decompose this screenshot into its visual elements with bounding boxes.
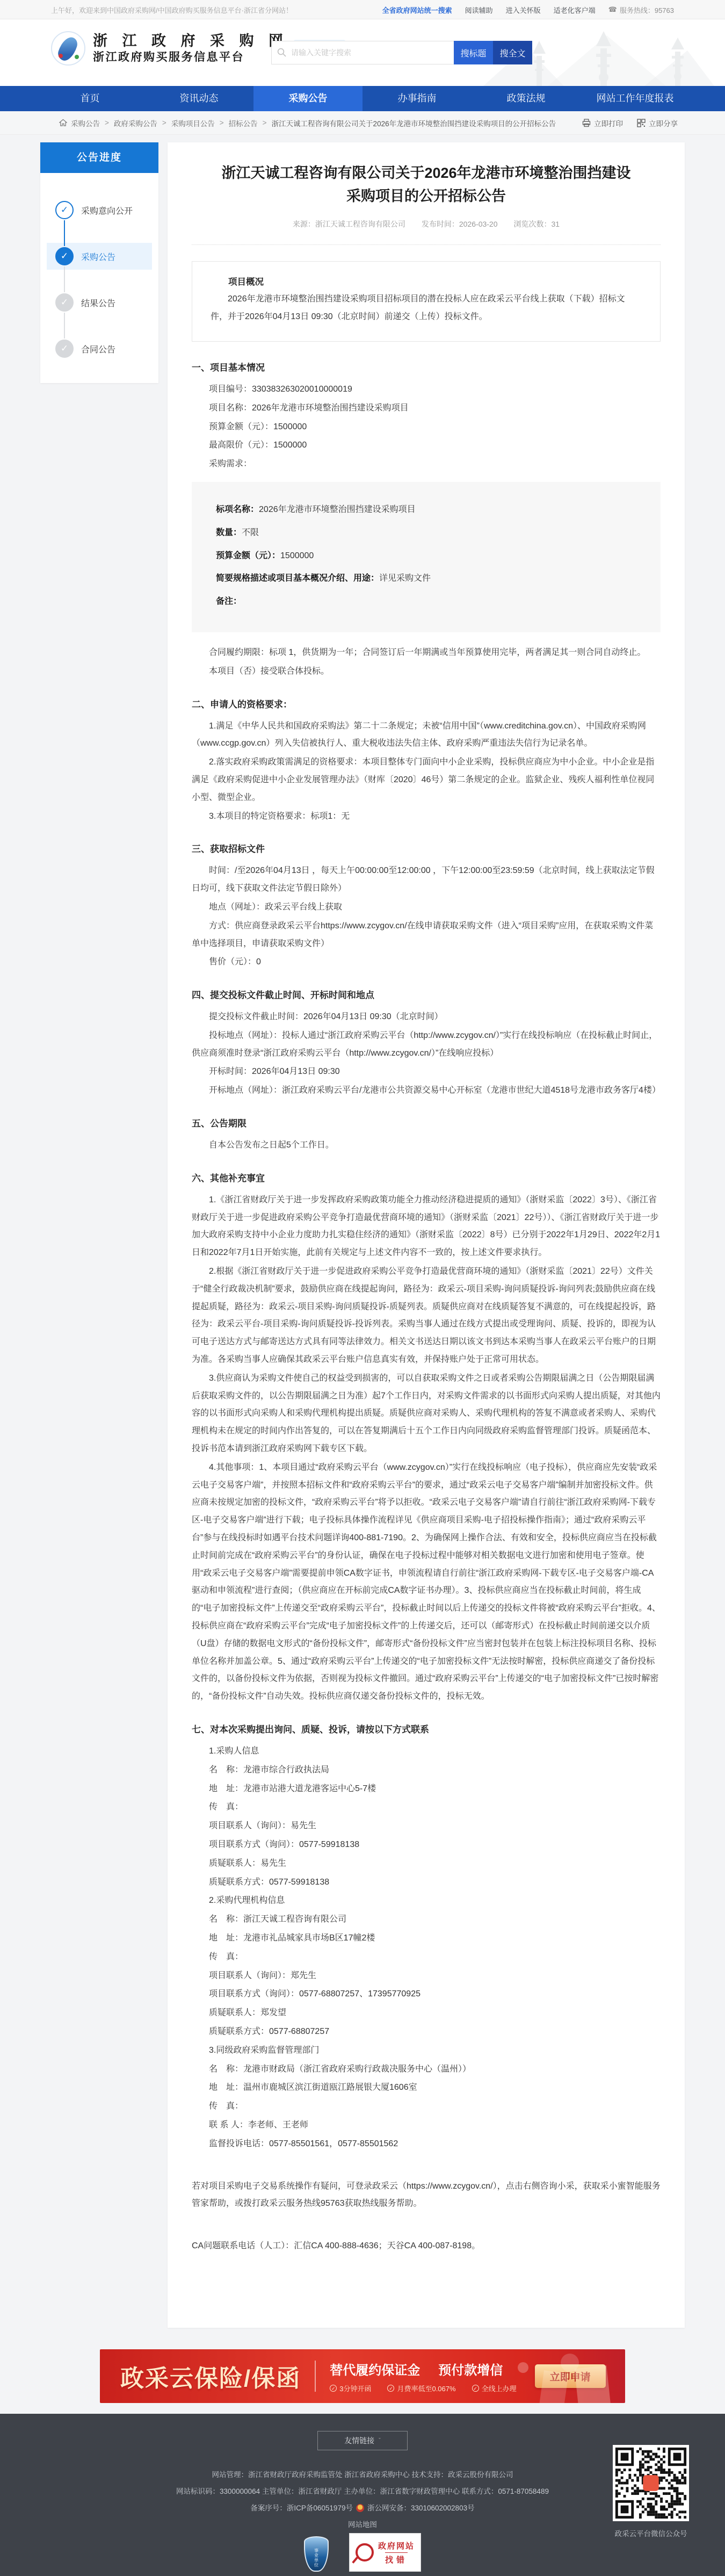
breadcrumb-bar: 采购公告>政府采购公告>采购项目公告>招标公告>浙江天诚工程咨询有限公司关于20… [0,111,725,135]
article-paragraph: 3.供应商认为采购文件使自己的权益受到损害的，可以自获取采购文件之日或者采购公告… [192,1370,661,1458]
article-paragraph: 自本公告发布之日起5个工作日。 [192,1137,661,1154]
content-layout: 公告进度 ✓采购意向公开✓采购公告✓结果公告✓合同公告 浙江天诚工程咨询有限公司… [40,142,685,2328]
section-heading: 四、提交投标文件截止时间、开标时间和地点 [192,987,661,1001]
sitemap-link[interactable]: 网站地图 [348,2521,377,2529]
qr-caption: 政采云平台微信公众号 [613,2528,689,2538]
banner-feature-2: ✓全线上办理 [472,2383,517,2393]
banner-subtitle-2: 预付款增信 [438,2359,503,2378]
article-paragraph: 项目联系人（询问）：易先生 [192,1817,661,1835]
section-heading: 五、公告期限 [192,1116,661,1129]
home-icon [59,119,67,127]
site-logo-text: 浙 江 政 府 采 购 网 浙江政府购买服务信息平台 [93,32,288,64]
spacer [192,2154,661,2177]
breadcrumb-item-4: 浙江天诚工程咨询有限公司关于2026年龙港市环境整治围挡建设采购项目的公开招标公… [272,118,556,128]
check-dot-icon: ✓ [387,2385,394,2392]
nav-item-3[interactable]: 办事指南 [363,86,472,111]
qr-code-icon [613,2445,689,2521]
spacer [192,2214,661,2236]
article-paragraph: 地 址：龙港市礼品城家具市场B区17幢2楼 [192,1930,661,1947]
site-subtitle: 浙江政府购买服务信息平台 [93,50,288,64]
section-heading: 三、获取招标文件 [192,841,661,855]
lot-info-box: 标项名称：2026年龙港市环境整治围挡建设采购项目数量：不限预算金额（元）：15… [192,482,661,632]
article-paragraph: 开标时间：2026年04月13日 09:30 [192,1063,661,1081]
article-paragraph: 3.本项目的特定资格要求：标项1：无 [192,808,661,826]
announcement-progress-panel: 公告进度 ✓采购意向公开✓采购公告✓结果公告✓合同公告 [40,142,158,383]
article-paragraph: 最高限价（元）：1500000 [192,437,661,454]
check-icon: ✓ [55,293,74,312]
article-title: 浙江天诚工程咨询有限公司关于2026年龙港市环境整治围挡建设采购项目的公开招标公… [221,162,631,208]
article-paragraph: 传 真： [192,1949,661,1966]
article-paragraph: 3.同级政府采购监督管理部门 [192,2042,661,2060]
article-paragraph: 方式：供应商登录政采云平台https://www.zcygov.cn/在线申请获… [192,918,661,953]
article-paragraph: 项目编号：330383263020010000019 [192,381,661,399]
project-overview-heading: 项目概况 [211,275,642,287]
article-paragraph: 地点（网址）：政采云平台线上获取 [192,899,661,917]
nav-item-4[interactable]: 政策法规 [472,86,581,111]
breadcrumb-separator: > [263,119,267,127]
topbar-link-0[interactable]: 全省政府网站统一搜索 [382,5,452,15]
article-paragraph: 项目联系方式（询问）：0577-59918138 [192,1836,661,1854]
magnifier-icon [356,2543,374,2561]
article-paragraph: 时间：/至2026年04月13日 ，每天上午00:00:00至12:00:00 … [192,862,661,898]
section-heading: 二、申请人的资格要求： [192,697,661,710]
site-header: 浙 江 政 府 采 购 网 浙江政府购买服务信息平台 浙江省财政厅 搜标题 搜全… [0,19,725,86]
check-icon: ✓ [55,201,74,219]
nav-item-1[interactable]: 资讯动态 [144,86,253,111]
article-paragraph: 传 真： [192,2098,661,2116]
article-view-count: 浏览次数：31 [514,219,560,229]
apply-now-button[interactable]: 立即申请 [535,2364,606,2388]
topbar: 上午好，欢迎来到中国政府采购网/中国政府购买服务信息平台·浙江省分网站！ 全省政… [0,0,725,19]
article-paragraph: 1.满足《中华人民共和国政府采购法》第二十二条规定；未被“信用中国”（www.c… [192,718,661,753]
breadcrumb-actions: 立即打印 立即分享 [582,118,678,128]
site-name: 浙 江 政 府 采 购 网 [93,32,288,50]
main-nav: 首页资讯动态采购公告办事指南政策法规网站工作年度报表 [0,86,725,111]
article-paragraph: 采购需求： [192,456,661,473]
breadcrumb-item-0[interactable]: 采购公告 [71,118,100,128]
breadcrumb-item-1[interactable]: 政府采购公告 [114,118,157,128]
hotline: ☎ 服务热线：95763 [608,5,674,15]
article-paragraph: 2.落实政府采购政策需满足的资格要求：本项目整体专门面向中小企业采购，投标供应商… [192,754,661,806]
gov-site-error-report-badge[interactable]: 政府网站 找错 [349,2533,421,2572]
divider [192,244,661,245]
check-dot-icon: ✓ [330,2385,337,2392]
progress-step-1[interactable]: ✓采购公告 [40,233,158,279]
article-paragraph: 质疑联系方式：0577-68807257 [192,2023,661,2041]
breadcrumb-item-2[interactable]: 采购项目公告 [171,118,215,128]
progress-panel-title: 公告进度 [40,142,158,173]
police-badge-icon [356,2504,364,2512]
article-paragraph: 若对项目采购电子交易系统操作有疑问，可登录政采云（https://www.zcy… [192,2178,661,2213]
banner-title: 政采云保险/保函 [120,2359,301,2393]
printer-icon [582,119,591,127]
nav-item-5[interactable]: 网站工作年度报表 [581,86,690,111]
article-paragraph: 名 称：龙港市财政局（浙江省政府采购行政裁决服务中心（温州）） [192,2061,661,2079]
article-paragraph: 合同履约期限：标项 1，供货期为一年；合同签订后一年期满或当年预算使用完毕，两者… [192,644,661,662]
lot-info-line: 预算金额（元）：1500000 [216,547,636,565]
nav-item-2[interactable]: 采购公告 [253,86,363,111]
breadcrumb-separator: > [105,119,109,127]
topbar-link-1[interactable]: 阅读辅助 [465,5,493,15]
greeting-text: 上午好，欢迎来到中国政府采购网/中国政府购买服务信息平台·浙江省分网站！ [51,5,293,15]
article-publish-time: 发布时间：2026-03-20 [422,219,498,229]
footer-badges: 事业单位 政府网站 找错 [304,2533,421,2572]
banner-divider [315,2361,316,2392]
banner-subtitle-1: 替代履约保证金 [330,2359,420,2378]
banner-feature-label: 3分钟开函 [339,2383,371,2393]
progress-step-2[interactable]: ✓结果公告 [40,279,158,326]
banner-feature-1: ✓月费率低至0.067% [387,2383,455,2393]
project-overview-box: 项目概况 2026年龙港市环境整治围挡建设采购项目招标项目的潜在投标人应在政采云… [192,261,661,342]
article-paragraph: 地 址：温州市鹿城区滨江街道瓯江路展银大厦1606室 [192,2079,661,2097]
search-icon [277,48,286,57]
phone-icon: ☎ [608,5,617,14]
share-button[interactable]: 立即分享 [637,118,678,128]
article-paragraph: 售价（元）：0 [192,954,661,971]
article-paragraph: 名 称：浙江天诚工程咨询有限公司 [192,1911,661,1929]
banner-feature-label: 月费率低至0.067% [397,2383,455,2393]
article-paragraph: CA问题联系电话（人工）：汇信CA 400-888-4636；天谷CA 400-… [192,2238,661,2255]
topbar-link-2[interactable]: 进入关怀版 [506,5,541,15]
article-paragraph: 2.根据《浙江省财政厅关于进一步促进政府采购公平竞争打造最优营商环境的通知》（浙… [192,1263,661,1369]
article-paragraph: 质疑联系方式：0577-59918138 [192,1874,661,1892]
breadcrumb-item-3[interactable]: 招标公告 [229,118,258,128]
search-input[interactable] [271,41,454,64]
banner-middle: 替代履约保证金 预付款增信 ✓3分钟开函✓月费率低至0.067%✓全线上办理 [330,2359,516,2393]
nav-item-0[interactable]: 首页 [35,86,144,111]
banner-feature-0: ✓3分钟开函 [330,2383,371,2393]
friend-links-select[interactable]: 友情链接 ˇ [317,2431,408,2450]
article-paragraph: 1.采购人信息 [192,1743,661,1760]
article-paragraph: 预算金额（元）：1500000 [192,418,661,436]
lot-info-line: 标项名称：2026年龙港市环境整治围挡建设采购项目 [216,501,636,519]
step-label: 结果公告 [81,297,115,309]
topbar-links: 全省政府网站统一搜索阅读辅助进入关怀版适老化客户端 ☎ 服务热线：95763 [382,5,674,15]
article-paragraph: 投标地点（网址）：投标人通过“浙江政府采购云平台（http://www.zcyg… [192,1027,661,1063]
breadcrumb-separator: > [220,119,224,127]
chevron-down-icon: ˇ [379,2437,381,2444]
check-icon: ✓ [55,247,74,265]
progress-step-0[interactable]: ✓采购意向公开 [40,187,158,233]
section-heading: 六、其他补充事宜 [192,1171,661,1184]
qr-share-icon [637,119,646,127]
article-paragraph: 项目名称：2026年龙港市环境整治围挡建设采购项目 [192,400,661,417]
check-icon: ✓ [55,340,74,358]
search-title-button[interactable]: 搜标题 [454,41,493,64]
breadcrumb-separator: > [162,119,166,127]
article-paragraph: 提交投标文件截止时间：2026年04月13日 09:30（北京时间） [192,1008,661,1026]
step-label: 采购意向公开 [81,204,133,217]
section-heading: 七、对本次采购提出询问、质疑、投诉，请按以下方式联系 [192,1722,661,1735]
banner-feature-label: 全线上办理 [482,2383,517,2393]
step-label: 合同公告 [81,343,115,355]
article-meta: 来源：浙江天诚工程咨询有限公司 发布时间：2026-03-20 浏览次数：31 [192,219,661,229]
article-paragraph: 项目联系方式（询问）：0577-68807257、17395770925 [192,1986,661,2003]
site-emblem-icon [51,31,85,66]
print-button[interactable]: 立即打印 [582,118,623,128]
article-paragraph: 地 址：龙港市站港大道龙港客运中心5-7楼 [192,1780,661,1798]
article-paragraph: 传 真： [192,1799,661,1816]
public-institution-badge[interactable]: 事业单位 [304,2536,329,2572]
article-paragraph: 开标地点（网址）：浙江政府采购云平台/龙港市公共资源交易中心开标室（龙港市世纪大… [192,1082,661,1100]
search-fulltext-button[interactable]: 搜全文 [493,41,532,64]
article-paragraph: 4.其他事项：1、本项目通过“政府采购云平台（www.zcygov.cn）”实行… [192,1459,661,1706]
article-paragraph: 项目联系人（询问）：郑先生 [192,1967,661,1985]
article-paragraph: 名 称：龙港市综合行政执法局 [192,1762,661,1779]
project-overview-text: 2026年龙港市环境整治围挡建设采购项目招标项目的潜在投标人应在政采云平台线上获… [211,291,642,326]
announcement-article: 浙江天诚工程咨询有限公司关于2026年龙港市环境整治围挡建设采购项目的公开招标公… [168,142,685,2328]
article-paragraph: 本项目（否）接受联合体投标。 [192,663,661,681]
article-paragraph: 监督投诉电话：0577-85501561，0577-85501562 [192,2135,661,2153]
lot-info-line: 数量：不限 [216,524,636,542]
topbar-link-3[interactable]: 适老化客户端 [554,5,596,15]
article-source: 来源：浙江天诚工程咨询有限公司 [293,219,405,229]
step-label: 采购公告 [81,250,115,263]
search-bar: 搜标题 搜全文 [271,41,532,64]
lot-info-line: 备注： [216,593,636,611]
article-paragraph: 联 系 人：李老师、王老师 [192,2117,661,2134]
progress-step-3[interactable]: ✓合同公告 [40,326,158,372]
wechat-qr: 政采云平台微信公众号 [613,2445,689,2538]
breadcrumb: 采购公告>政府采购公告>采购项目公告>招标公告>浙江天诚工程咨询有限公司关于20… [59,118,571,128]
article-paragraph: 质疑联系人：郑发望 [192,2004,661,2022]
page: 上午好，欢迎来到中国政府采购网/中国政府购买服务信息平台·浙江省分网站！ 全省政… [0,0,725,2576]
article-paragraph: 质疑联系人：易先生 [192,1855,661,1873]
site-footer: 友情链接 ˇ 网站管理：浙江省财政厅政府采购监管处 浙江省政府采购中心 技术支持… [0,2414,725,2576]
article-paragraph: 1.《浙江省财政厅关于进一步发挥政府采购政策功能全力推动经济稳进提质的通知》（浙… [192,1192,661,1262]
section-heading: 一、项目基本情况 [192,360,661,373]
insurance-ad-banner[interactable]: 政采云保险/保函 替代履约保证金 预付款增信 ✓3分钟开函✓月费率低至0.067… [100,2349,625,2403]
article-paragraph: 2.采购代理机构信息 [192,1892,661,1910]
lot-info-line: 简要规格描述或项目基本概况介绍、用途：详见采购文件 [216,570,636,588]
check-dot-icon: ✓ [472,2385,479,2392]
